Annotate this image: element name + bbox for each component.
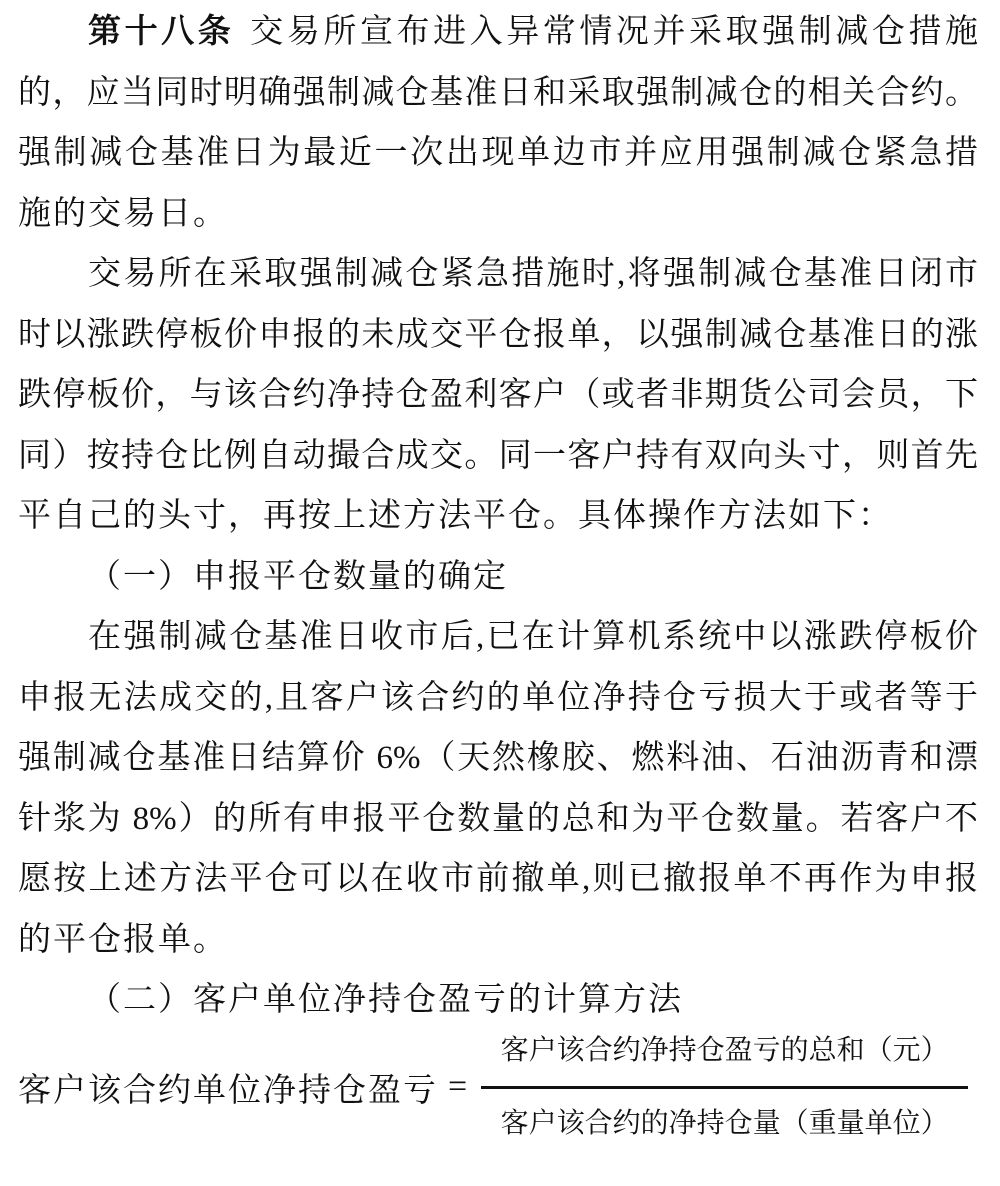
- paragraph-line: 的平仓报单。: [18, 910, 978, 971]
- paragraph-line: 的，应当同时明确强制减仓基准日和采取强制减仓的相关合约。: [18, 63, 978, 124]
- paragraph-line: 时以涨跌停板价申报的未成交平仓报单，以强制减仓基准日的涨: [18, 305, 978, 366]
- article-text: 交易所宣布进入异常情况并采取强制减仓措施: [250, 14, 978, 50]
- list-item-heading: （二）客户单位净持仓盈亏的计算方法: [18, 970, 978, 1031]
- document-page: 第十八条交易所宣布进入异常情况并采取强制减仓措施 的，应当同时明确强制减仓基准日…: [0, 0, 1000, 1186]
- paragraph-line: 跌停板价，与该合约净持仓盈利客户（或者非期货公司会员，下: [18, 365, 978, 426]
- paragraph-line: 第十八条交易所宣布进入异常情况并采取强制减仓措施: [18, 2, 978, 63]
- paragraph-line: 强制减仓基准日为最近一次出现单边市并应用强制减仓紧急措: [18, 123, 978, 184]
- formula: 客户该合约单位净持仓盈亏 = 客户该合约净持仓盈亏的总和（元） 客户该合约的净持…: [18, 1033, 978, 1142]
- paragraph-line: 平自己的头寸，再按上述方法平仓。具体操作方法如下：: [18, 486, 978, 547]
- paragraph-line: 同）按持仓比例自动撮合成交。同一客户持有双向头寸，则首先: [18, 426, 978, 487]
- article-number: 第十八条: [88, 14, 234, 50]
- paragraph-line: 针浆为 8%）的所有申报平仓数量的总和为平仓数量。若客户不: [18, 789, 978, 850]
- paragraph-line: 施的交易日。: [18, 184, 978, 245]
- paragraph-line: 交易所在采取强制减仓紧急措施时,将强制减仓基准日闭市: [18, 244, 978, 305]
- paragraph-line: 愿按上述方法平仓可以在收市前撤单,则已撤报单不再作为申报: [18, 849, 978, 910]
- fraction: 客户该合约净持仓盈亏的总和（元） 客户该合约的净持仓量（重量单位）: [481, 1033, 968, 1142]
- formula-left-side: 客户该合约单位净持仓盈亏: [18, 1064, 438, 1111]
- list-item-heading: （一）申报平仓数量的确定: [18, 547, 978, 608]
- fraction-denominator: 客户该合约的净持仓量（重量单位）: [481, 1089, 968, 1142]
- equals-sign: =: [448, 1068, 467, 1106]
- fraction-numerator: 客户该合约净持仓盈亏的总和（元）: [481, 1033, 968, 1089]
- paragraph-line: 强制减仓基准日结算价 6%（天然橡胶、燃料油、石油沥青和漂: [18, 728, 978, 789]
- paragraph-line: 申报无法成交的,且客户该合约的单位净持仓亏损大于或者等于: [18, 668, 978, 729]
- paragraph-line: 在强制减仓基准日收市后,已在计算机系统中以涨跌停板价: [18, 607, 978, 668]
